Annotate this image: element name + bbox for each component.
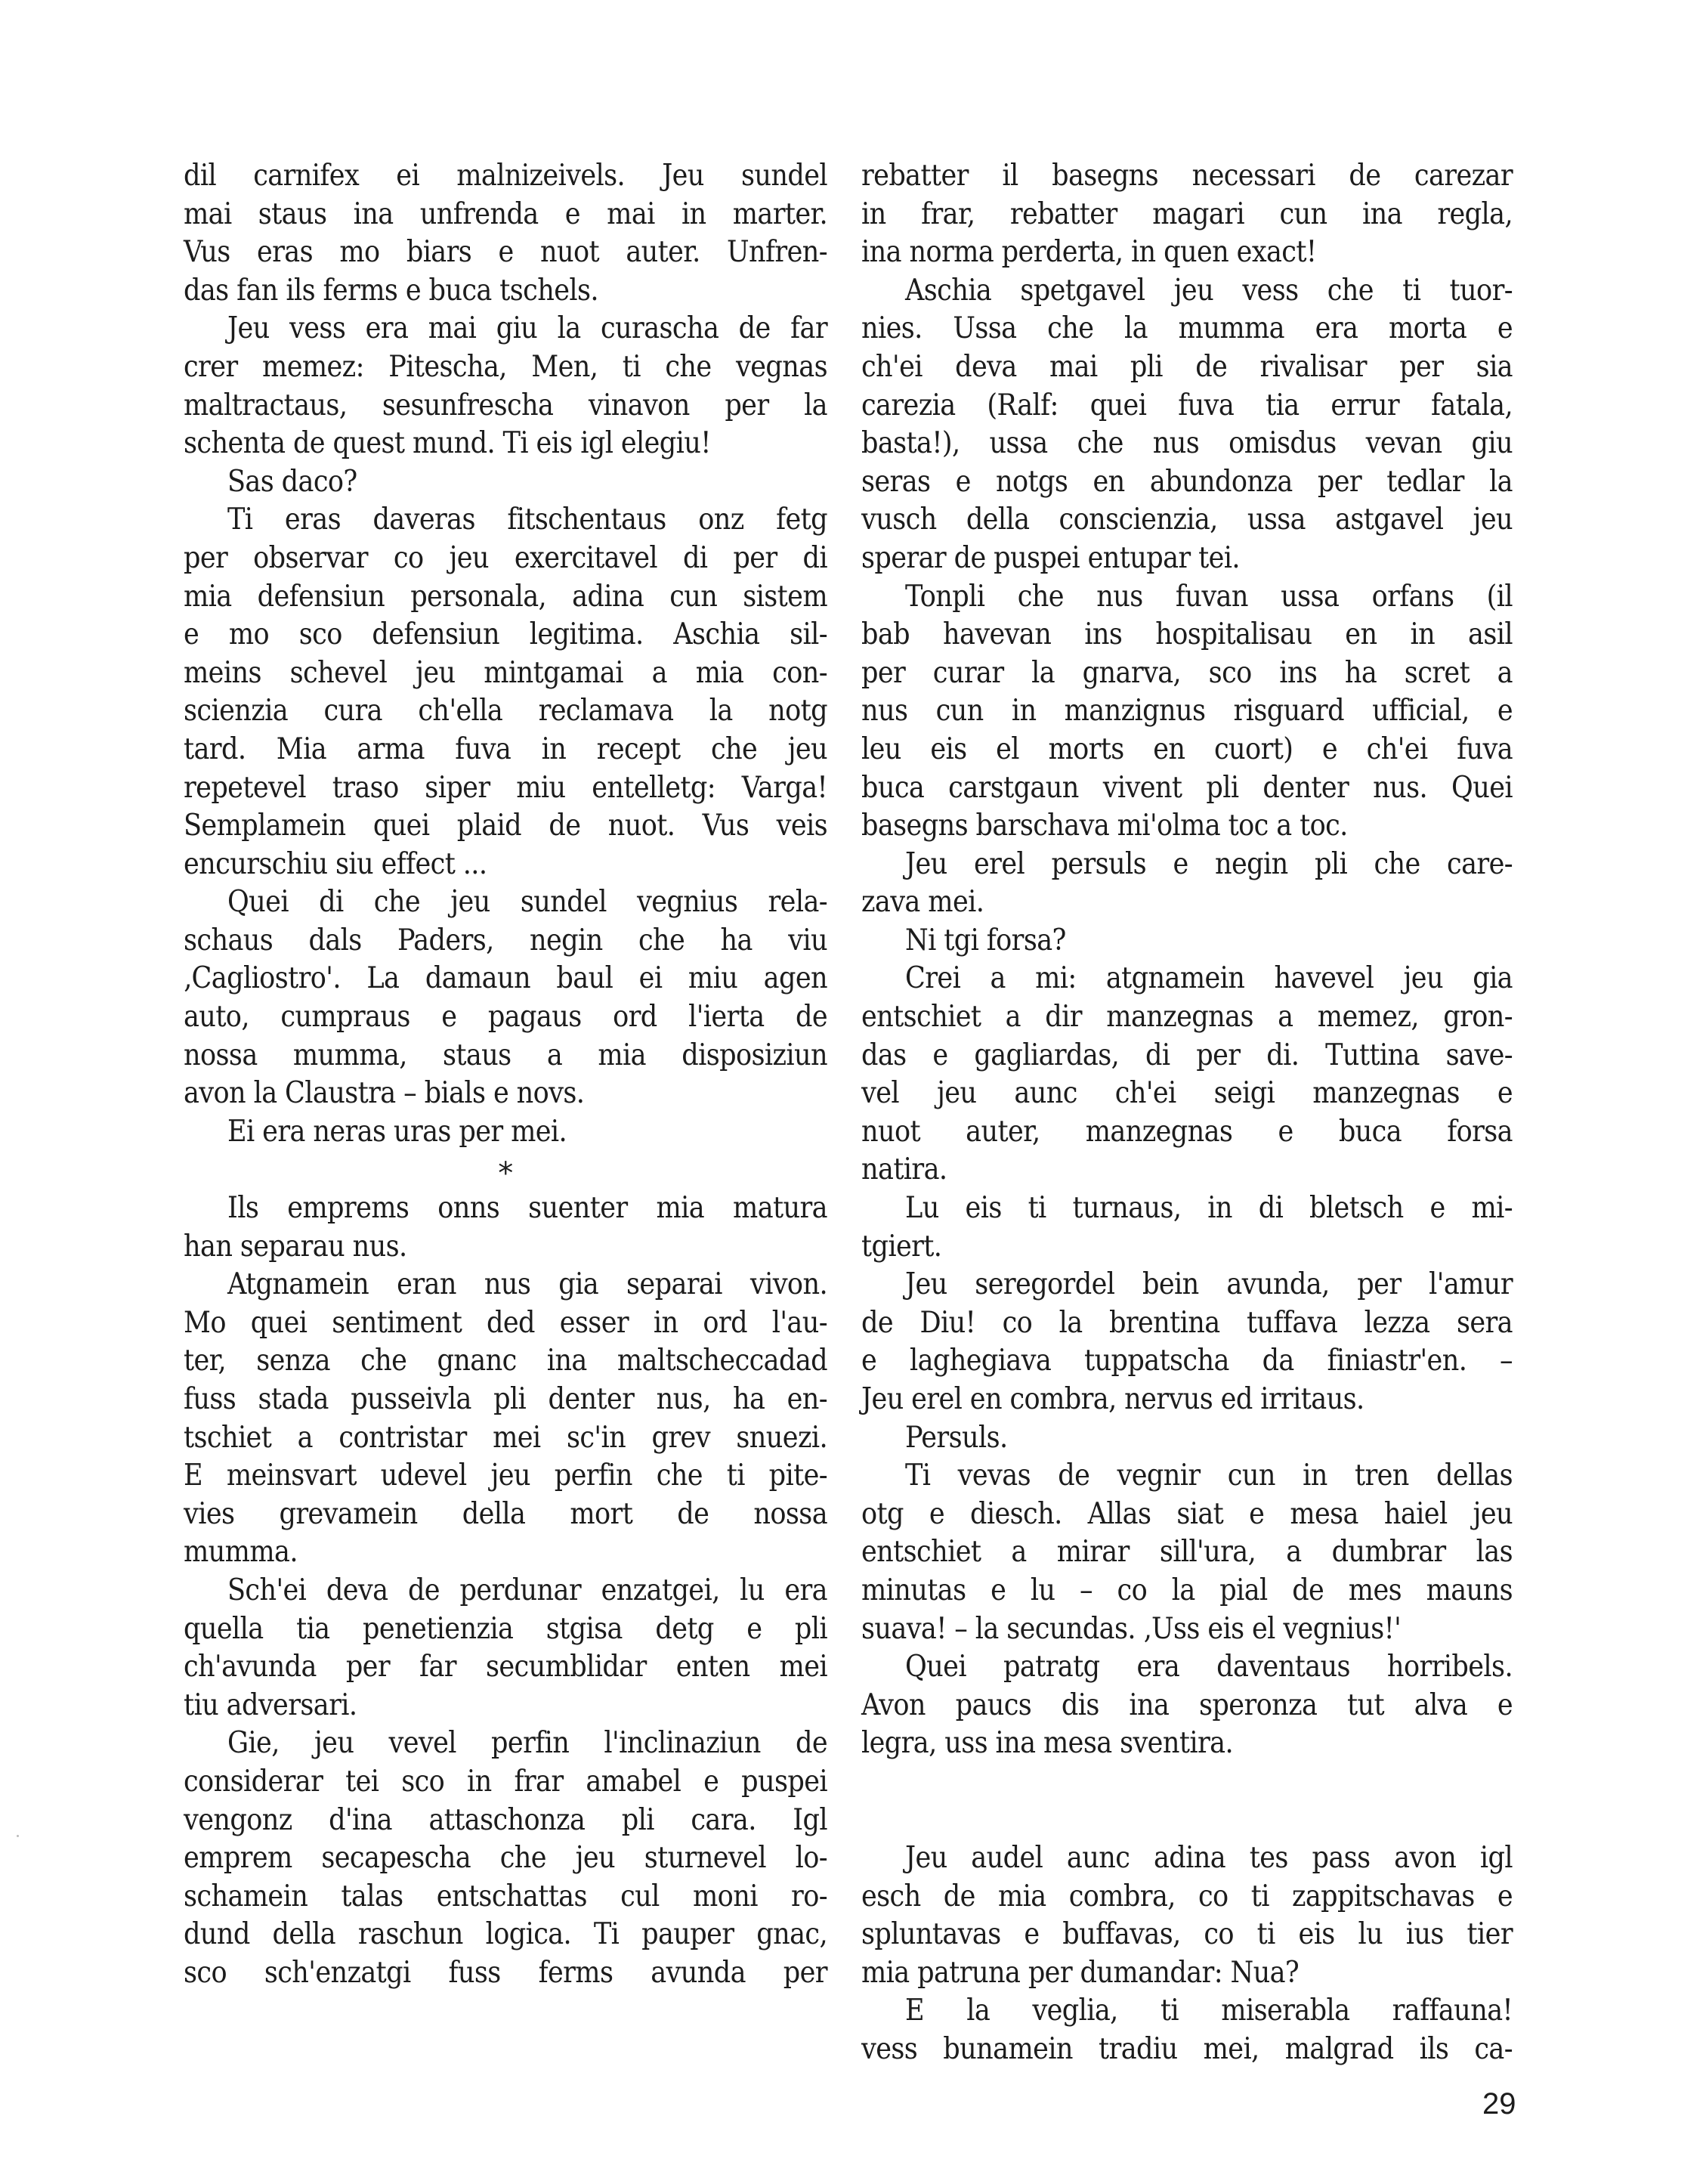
- text-line: esch de mia combra, co ti zappitschavas …: [861, 1878, 1513, 1916]
- text-line: schaus dals Paders, negin che ha viu: [184, 922, 827, 961]
- text-line: basta!), ussa che nus omisdus vevan giu: [861, 425, 1513, 463]
- text-line: ter, senza che gnanc ina maltscheccadad: [184, 1342, 827, 1381]
- paragraph-first-line: Ti vevas de vegnir cun in tren dellas: [861, 1457, 1513, 1496]
- text-line: mia patruna per dumandar: Nua?: [861, 1954, 1513, 1993]
- section-separator-asterisk: *: [184, 1151, 827, 1189]
- paragraph-first-line: Jeu vess era mai giu la curascha de far: [184, 310, 827, 348]
- paragraph-first-line: Quei patratg era daventaus horribels.: [861, 1648, 1513, 1687]
- text-line: schamein talas entschattas cul moni ro-: [184, 1878, 827, 1916]
- paragraph-first-line: Ni tgi forsa?: [861, 922, 1513, 961]
- paragraph-first-line: Jeu seregordel bein avunda, per l'amur: [861, 1266, 1513, 1304]
- text-line: Avon paucs dis ina speronza tut alva e: [861, 1687, 1513, 1725]
- text-line: Jeu erel en combra, nervus ed irritaus.: [861, 1381, 1513, 1419]
- text-line: zava mei.: [861, 883, 1513, 922]
- text-line: entschiet a dir manzegnas a memez, gron-: [861, 998, 1513, 1037]
- text-line: avon la Claustra – bials e novs.: [184, 1075, 827, 1113]
- text-line: nus cun in manzignus risguard ufficial, …: [861, 692, 1513, 731]
- text-line: vess bunamein tradiu mei, malgrad ils ca…: [861, 2031, 1513, 2069]
- text-line: emprem secapescha che jeu sturnevel lo-: [184, 1839, 827, 1878]
- text-line: mumma.: [184, 1533, 827, 1572]
- text-line: mai staus ina unfrenda e mai in marter.: [184, 196, 827, 234]
- paragraph-first-line: Ti eras daveras fitschentaus onz fetg: [184, 501, 827, 540]
- text-line: vusch della conscienzia, ussa astgavel j…: [861, 501, 1513, 540]
- section-gap: [861, 1763, 1513, 1839]
- text-line: e mo sco defensiun legitima. Aschia sil-: [184, 616, 827, 654]
- text-line: bab havevan ins hospitalisau en in asil: [861, 616, 1513, 654]
- text-line: crer memez: Pitescha, Men, ti che vegnas: [184, 348, 827, 387]
- text-line: ina norma perderta, in quen exact!: [861, 234, 1513, 272]
- text-line: ‚Cagliostro'. La damaun baul ei miu agen: [184, 960, 827, 998]
- text-line: nossa mumma, staus a mia disposiziun: [184, 1037, 827, 1075]
- paragraph-first-line: E la veglia, ti miserabla raffauna!: [861, 1992, 1513, 2031]
- text-line: e laghegiava tuppatscha da finiastr'en. …: [861, 1342, 1513, 1381]
- text-line: ch'ei deva mai pli de rivalisar per sia: [861, 348, 1513, 387]
- text-line: sco sch'enzatgi fuss ferms avunda per: [184, 1954, 827, 1993]
- text-line: per curar la gnarva, sco ins ha scret a: [861, 654, 1513, 693]
- text-line: natira.: [861, 1151, 1513, 1189]
- paragraph-first-line: Persuls.: [861, 1419, 1513, 1458]
- paragraph-first-line: Ils emprems onns suenter mia matura: [184, 1189, 827, 1228]
- text-line: encurschiu siu effect ...: [184, 846, 827, 884]
- scan-speck: [17, 1835, 19, 1837]
- paragraph-first-line: Sas daco?: [184, 463, 827, 502]
- text-line: E meinsvart udevel jeu perfin che ti pit…: [184, 1457, 827, 1496]
- text-line: otg e diesch. Allas siat e mesa haiel je…: [861, 1496, 1513, 1534]
- paragraph-first-line: Tonpli che nus fuvan ussa orfans (il: [861, 578, 1513, 617]
- text-line: suava! – la secundas. ‚Uss eis el vegniu…: [861, 1610, 1513, 1649]
- text-line: meins schevel jeu mintgamai a mia con-: [184, 654, 827, 693]
- text-line: entschiet a mirar sill'ura, a dumbrar la…: [861, 1533, 1513, 1572]
- text-line: vel jeu aunc ch'ei seigi manzegnas e: [861, 1075, 1513, 1113]
- text-line: basegns barschava mi'olma toc a toc.: [861, 807, 1513, 846]
- text-line: ch'avunda per far secumblidar enten mei: [184, 1648, 827, 1687]
- text-line: tiu adversari.: [184, 1687, 827, 1725]
- text-line: leu eis el morts en cuort) e ch'ei fuva: [861, 731, 1513, 769]
- paragraph-first-line: Quei di che jeu sundel vegnius rela-: [184, 883, 827, 922]
- text-line: carezia (Ralf: quei fuva tia errur fatal…: [861, 387, 1513, 425]
- text-line: vengonz d'ina attaschonza pli cara. Igl: [184, 1802, 827, 1840]
- text-line: nuot auter, manzegnas e buca forsa: [861, 1113, 1513, 1152]
- text-line: Mo quei sentiment ded esser in ord l'au-: [184, 1304, 827, 1343]
- text-line: scienzia cura ch'ella reclamava la notg: [184, 692, 827, 731]
- text-line: in frar, rebatter magari cun ina regla,: [861, 196, 1513, 234]
- text-line: buca carstgaun vivent pli denter nus. Qu…: [861, 769, 1513, 808]
- text-line: de Diu! co la brentina tuffava lezza ser…: [861, 1304, 1513, 1343]
- paragraph-first-line: Jeu erel persuls e negin pli che care-: [861, 846, 1513, 884]
- paragraph-first-line: Ei era neras uras per mei.: [184, 1113, 827, 1152]
- text-line: das e gagliardas, di per di. Tuttina sav…: [861, 1037, 1513, 1075]
- text-line: seras e notgs en abundonza per tedlar la: [861, 463, 1513, 502]
- text-line: legra, uss ina mesa sventira.: [861, 1725, 1513, 1763]
- paragraph-first-line: Aschia spetgavel jeu vess che ti tuor-: [861, 272, 1513, 311]
- text-line: han separau nus.: [184, 1228, 827, 1267]
- page-number: 29: [1482, 2087, 1516, 2121]
- text-line: fuss stada pusseivla pli denter nus, ha …: [184, 1381, 827, 1419]
- paragraph-first-line: Atgnamein eran nus gia separai vivon.: [184, 1266, 827, 1304]
- paragraph-first-line: Lu eis ti turnaus, in di bletsch e mi-: [861, 1189, 1513, 1228]
- text-line: maltractaus, sesunfrescha vinavon per la: [184, 387, 827, 425]
- text-line: dund della raschun logica. Ti pauper gna…: [184, 1916, 827, 1954]
- text-line: minutas e lu – co la pial de mes mauns: [861, 1572, 1513, 1610]
- text-line: mia defensiun personala, adina cun siste…: [184, 578, 827, 617]
- text-line: quella tia penetienzia stgisa detg e pli: [184, 1610, 827, 1649]
- text-line: Semplamein quei plaid de nuot. Vus veis: [184, 807, 827, 846]
- text-line: vies grevamein della mort de nossa: [184, 1496, 827, 1534]
- book-page: dil carnifex ei malnizeivels. Jeu sundel…: [0, 0, 1706, 2184]
- text-line: nies. Ussa che la mumma era morta e: [861, 310, 1513, 348]
- text-line: considerar tei sco in frar amabel e pusp…: [184, 1763, 827, 1802]
- text-line: sperar de puspei entupar tei.: [861, 540, 1513, 578]
- text-line: schenta de quest mund. Ti eis igl elegiu…: [184, 425, 827, 463]
- paragraph-first-line: Sch'ei deva de perdunar enzatgei, lu era: [184, 1572, 827, 1610]
- right-text-column: rebatter il basegns necessari de carezar…: [861, 157, 1513, 2069]
- text-line: tschiet a contristar mei sc'in grev snue…: [184, 1419, 827, 1458]
- paragraph-first-line: Gie, jeu vevel perfin l'inclinaziun de: [184, 1725, 827, 1763]
- left-text-column: dil carnifex ei malnizeivels. Jeu sundel…: [184, 157, 827, 1993]
- text-line: Vus eras mo biars e nuot auter. Unfren-: [184, 234, 827, 272]
- paragraph-first-line: Jeu audel aunc adina tes pass avon igl: [861, 1839, 1513, 1878]
- text-line: dil carnifex ei malnizeivels. Jeu sundel: [184, 157, 827, 196]
- text-line: per observar co jeu exercitavel di per d…: [184, 540, 827, 578]
- text-line: auto, cumpraus e pagaus ord l'ierta de: [184, 998, 827, 1037]
- text-line: das fan ils ferms e buca tschels.: [184, 272, 827, 311]
- text-line: tgiert.: [861, 1228, 1513, 1267]
- text-line: spluntavas e buffavas, co ti eis lu ius …: [861, 1916, 1513, 1954]
- paragraph-first-line: Crei a mi: atgnamein havevel jeu gia: [861, 960, 1513, 998]
- text-line: repetevel traso siper miu entelletg: Var…: [184, 769, 827, 808]
- text-line: tard. Mia arma fuva in recept che jeu: [184, 731, 827, 769]
- text-line: rebatter il basegns necessari de carezar: [861, 157, 1513, 196]
